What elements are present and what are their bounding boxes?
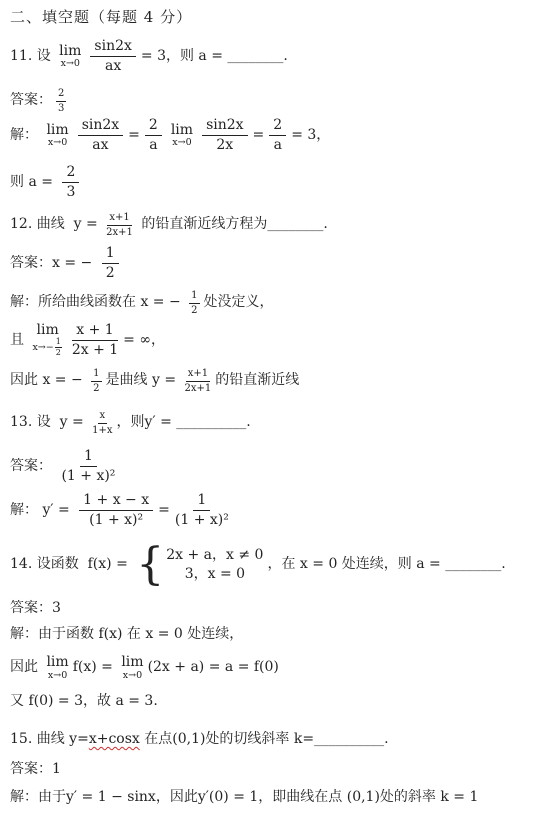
fraction-numerator: sin2x bbox=[78, 117, 123, 136]
limit-operator: lim x→0 bbox=[46, 123, 68, 148]
fraction-numerator: 1 bbox=[193, 492, 210, 511]
answer-label: 答案： bbox=[10, 458, 56, 476]
fraction-denominator: 2x bbox=[216, 136, 233, 154]
answer-pre: x = − bbox=[52, 255, 97, 273]
fraction-numerator: x+1 bbox=[186, 368, 210, 382]
solution-11-conclusion: 则 a = 2 3 bbox=[10, 164, 84, 201]
solution-tail: (2x + a) = a = f(0) bbox=[148, 659, 279, 677]
answer-blank: ________. bbox=[227, 48, 287, 66]
solution-label: 解： y′ = bbox=[10, 502, 74, 520]
question-11: 11. 设 lim x→0 sin2x ax = 3，则 a = _______… bbox=[10, 38, 288, 75]
fraction: 2 a bbox=[269, 117, 286, 154]
fraction: x + 1 2x + 1 bbox=[72, 322, 118, 359]
solution-12-line2: 且 lim x→− 1 2 x + 1 2x + 1 = ∞， bbox=[10, 322, 165, 359]
lim-word: lim bbox=[46, 123, 68, 138]
question-14-mid: ，在 x = 0 处连续，则 a = bbox=[267, 556, 445, 574]
lim-word: lim bbox=[37, 323, 59, 338]
answer-value: 1 bbox=[52, 761, 61, 779]
fraction-denominator: 3 bbox=[58, 102, 64, 115]
fraction: 2 a bbox=[145, 117, 162, 154]
fraction: x+1 2x+1 bbox=[185, 368, 212, 394]
answer-15: 答案： 1 bbox=[10, 761, 61, 779]
solution-text: 是曲线 y = bbox=[106, 372, 181, 390]
question-13-mid: ，则y′ = bbox=[117, 414, 177, 432]
question-12-mid: 的铅直渐近线方程为 bbox=[137, 216, 267, 234]
solution-text: f(x) = bbox=[73, 659, 118, 677]
fraction: 1 2 bbox=[55, 338, 62, 358]
lim-word: lim bbox=[59, 44, 81, 59]
equals-sign: = bbox=[128, 127, 140, 145]
lim-word: lim bbox=[46, 655, 68, 670]
fraction-numerator: x bbox=[98, 410, 108, 424]
answer-label: 答案： bbox=[10, 92, 52, 110]
limit-operator: lim x→0 bbox=[46, 655, 68, 680]
lim-subscript: x→− 1 2 bbox=[32, 338, 62, 358]
lim-subscript: x→0 bbox=[48, 138, 67, 148]
limit-operator: lim x→− 1 2 bbox=[32, 323, 62, 358]
limit-operator: lim x→0 bbox=[121, 655, 143, 680]
answer-blank: ________. bbox=[445, 556, 505, 574]
solution-14-line2: 因此 lim x→0 f(x) = lim x→0 (2x + a) = a =… bbox=[10, 655, 279, 680]
answer-blank: __________. bbox=[176, 414, 250, 432]
answer-14: 答案： 3 bbox=[10, 600, 61, 618]
fraction: sin2x ax bbox=[90, 38, 135, 75]
solution-text: 因此 x = − bbox=[10, 372, 87, 390]
answer-label: 答案： bbox=[10, 761, 52, 779]
fraction-numerator: 2 bbox=[62, 164, 79, 183]
question-14: 14. 设函数 f(x) = { 2x + a，x ≠ 0 3，x = 0 ，在… bbox=[10, 544, 506, 586]
fraction-numerator: 1 bbox=[102, 245, 119, 264]
fraction-denominator: 2 bbox=[56, 348, 61, 358]
fraction-denominator: a bbox=[149, 136, 157, 154]
question-13-prefix: 13. 设 y = bbox=[10, 414, 88, 432]
question-15-mid: 在点(0,1)处的切线斜率 k= bbox=[140, 731, 314, 749]
answer-value: 3 bbox=[52, 600, 61, 618]
fraction-denominator: 2x+1 bbox=[185, 382, 212, 395]
spellcheck-underlined-formula: x+cosx bbox=[89, 731, 140, 749]
fraction: 1 (1 + x)² bbox=[61, 448, 115, 485]
conclusion-text: 则 a = bbox=[10, 174, 57, 192]
solution-text: 因此 bbox=[10, 659, 42, 677]
fraction-denominator: a bbox=[274, 136, 282, 154]
answer-11: 答案： 2 3 bbox=[10, 88, 70, 114]
question-11-mid: = 3，则 a = bbox=[141, 48, 228, 66]
answer-12: 答案： x = − 1 2 bbox=[10, 245, 124, 282]
solution-text: 且 bbox=[10, 332, 28, 350]
solution-text: 的铅直渐近线 bbox=[215, 372, 299, 390]
fraction-numerator: 1 bbox=[91, 368, 101, 382]
section-title-text: 二、填空题（每题 4 分） bbox=[10, 8, 192, 27]
question-12: 12. 曲线 y = x+1 2x+1 的铅直渐近线方程为 ________. bbox=[10, 212, 328, 238]
fraction-numerator: 1 bbox=[189, 290, 199, 304]
fraction-numerator: 1 bbox=[80, 448, 97, 467]
equals-sign: = bbox=[253, 127, 265, 145]
fraction-denominator: 2 bbox=[106, 264, 115, 282]
fraction-denominator: 3 bbox=[66, 183, 75, 201]
limit-operator: lim x→0 bbox=[59, 44, 81, 69]
solution-12-line3: 因此 x = − 1 2 是曲线 y = x+1 2x+1 的铅直渐近线 bbox=[10, 368, 299, 394]
fraction-denominator: (1 + x)² bbox=[175, 511, 229, 529]
solution-15: 解：由于y′ = 1 − sinx，因此y′(0) = 1，即曲线在点 (0,1… bbox=[10, 789, 478, 807]
solution-text: 解：所给曲线函数在 x = − bbox=[10, 294, 185, 312]
question-13: 13. 设 y = x 1+x ，则y′ = __________. bbox=[10, 410, 251, 436]
piecewise-case-2: 3，x = 0 bbox=[185, 566, 245, 582]
solution-11: 解： lim x→0 sin2x ax = 2 a lim x→0 sin2x … bbox=[10, 117, 330, 154]
fraction-denominator: 2 bbox=[191, 304, 197, 317]
fraction-numerator: x + 1 bbox=[72, 322, 117, 341]
fraction-numerator: 2 bbox=[145, 117, 162, 136]
fraction-denominator: (1 + x)² bbox=[89, 511, 143, 529]
question-12-prefix: 12. 曲线 y = bbox=[10, 216, 102, 234]
fraction: 1 (1 + x)² bbox=[175, 492, 229, 529]
fraction-numerator: 2 bbox=[56, 88, 66, 102]
solution-text: 解：由于函数 f(x) 在 x = 0 处连续， bbox=[10, 626, 243, 644]
fraction: 1 2 bbox=[91, 368, 101, 394]
fraction: x 1+x bbox=[92, 410, 112, 436]
question-14-prefix: 14. 设函数 f(x) = bbox=[10, 556, 132, 574]
solution-14-line1: 解：由于函数 f(x) 在 x = 0 处连续， bbox=[10, 626, 243, 644]
answer-blank: __________. bbox=[314, 731, 388, 749]
fraction-denominator: ax bbox=[92, 136, 108, 154]
equals-sign: = bbox=[158, 502, 170, 520]
fraction-numerator: 2 bbox=[269, 117, 286, 136]
answer-label: 答案： bbox=[10, 255, 52, 273]
fraction-denominator: 2 bbox=[93, 382, 99, 395]
solution-text: 处没定义， bbox=[204, 294, 274, 312]
piecewise-function: { 2x + a，x ≠ 0 3，x = 0 bbox=[136, 544, 263, 586]
fraction: sin2x 2x bbox=[202, 117, 247, 154]
fraction: 1 2 bbox=[189, 290, 199, 316]
question-15-prefix: 15. 曲线 y= bbox=[10, 731, 89, 749]
question-11-prefix: 11. 设 bbox=[10, 48, 55, 66]
answer-13: 答案： 1 (1 + x)² bbox=[10, 448, 120, 485]
fraction-denominator: (1 + x)² bbox=[61, 467, 115, 485]
solution-label: 解： bbox=[10, 127, 42, 145]
fraction-numerator: x+1 bbox=[107, 212, 131, 226]
lim-word: lim bbox=[171, 123, 193, 138]
question-15: 15. 曲线 y= x+cosx 在点(0,1)处的切线斜率 k= ______… bbox=[10, 731, 389, 749]
lim-subscript: x→0 bbox=[61, 59, 80, 69]
piecewise-cases: 2x + a，x ≠ 0 3，x = 0 bbox=[166, 547, 263, 582]
fraction-numerator: 1 + x − x bbox=[79, 492, 153, 511]
solution-tail: = 3， bbox=[291, 127, 330, 145]
fraction: 1 + x − x (1 + x)² bbox=[79, 492, 153, 529]
solution-tail: = ∞， bbox=[123, 332, 165, 350]
solution-14-line3: 又 f(0) = 3，故 a = 3. bbox=[10, 693, 158, 711]
fraction-numerator: sin2x bbox=[90, 38, 135, 57]
limit-operator: lim x→0 bbox=[171, 123, 193, 148]
lim-subscript: x→0 bbox=[48, 671, 67, 681]
fraction: 2 3 bbox=[56, 88, 66, 114]
answer-blank: ________. bbox=[267, 216, 327, 234]
answer-label: 答案： bbox=[10, 600, 52, 618]
fraction-numerator: sin2x bbox=[202, 117, 247, 136]
solution-13: 解： y′ = 1 + x − x (1 + x)² = 1 (1 + x)² bbox=[10, 492, 234, 529]
fraction: sin2x ax bbox=[78, 117, 123, 154]
piecewise-case-1: 2x + a，x ≠ 0 bbox=[166, 547, 263, 563]
solution-12-line1: 解：所给曲线函数在 x = − 1 2 处没定义， bbox=[10, 290, 274, 316]
document-page: { "colors": { "text": "#232323", "backgr… bbox=[0, 0, 546, 817]
fraction: x+1 2x+1 bbox=[106, 212, 133, 238]
fraction-denominator: 2x + 1 bbox=[72, 341, 118, 359]
fraction: 1 2 bbox=[102, 245, 119, 282]
section-title: 二、填空题（每题 4 分） bbox=[10, 8, 192, 27]
lim-subscript: x→0 bbox=[172, 138, 191, 148]
solution-text: 解：由于y′ = 1 − sinx，因此y′(0) = 1，即曲线在点 (0,1… bbox=[10, 789, 478, 807]
fraction-numerator: 1 bbox=[55, 338, 62, 348]
left-brace: { bbox=[136, 544, 164, 586]
lim-subscript-text: x→− bbox=[32, 343, 53, 353]
fraction-denominator: 2x+1 bbox=[106, 226, 133, 239]
lim-word: lim bbox=[121, 655, 143, 670]
fraction-denominator: ax bbox=[105, 57, 121, 75]
solution-text: 又 f(0) = 3，故 a = 3. bbox=[10, 693, 158, 711]
fraction-denominator: 1+x bbox=[92, 424, 112, 437]
lim-subscript: x→0 bbox=[123, 671, 142, 681]
fraction: 2 3 bbox=[62, 164, 79, 201]
